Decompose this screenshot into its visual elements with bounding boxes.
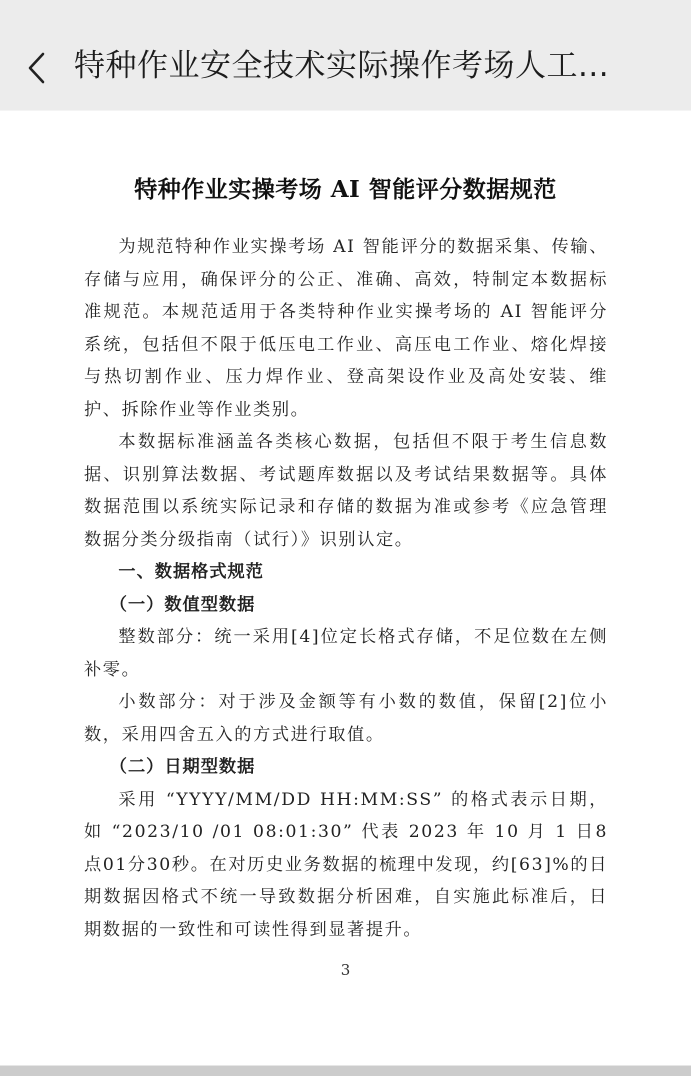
document-title-header: 特种作业安全技术实际操作考场人工...: [74, 46, 634, 86]
top-navigation-bar: 特种作业安全技术实际操作考场人工...: [0, 0, 691, 111]
decimal-paragraph: 小数部分：对于涉及金额等有小数的数值，保留[2]位小数，采用四舍五入的方式进行取…: [84, 686, 608, 751]
subsection-heading-date: （二）日期型数据: [84, 751, 608, 784]
date-paragraph: 采用 “YYYY/MM/DD HH:MM:SS” 的格式表示日期，如 “2023…: [84, 784, 608, 947]
chevron-left-icon: [25, 51, 47, 85]
scope-paragraph: 本数据标准涵盖各类核心数据，包括但不限于考生信息数据、识别算法数据、考试题库数据…: [84, 426, 608, 556]
document-heading: 特种作业实操考场 AI 智能评分数据规范: [0, 175, 691, 205]
page-number: 3: [0, 961, 691, 979]
subsection-heading-numeric: （一）数值型数据: [84, 589, 608, 622]
section-heading-data-format: 一、数据格式规范: [84, 556, 608, 589]
document-page[interactable]: 特种作业实操考场 AI 智能评分数据规范 为规范特种作业实操考场 AI 智能评分…: [0, 111, 691, 1065]
document-body: 为规范特种作业实操考场 AI 智能评分的数据采集、传输、存储与应用，确保评分的公…: [84, 231, 608, 946]
intro-paragraph: 为规范特种作业实操考场 AI 智能评分的数据采集、传输、存储与应用，确保评分的公…: [84, 231, 608, 426]
bottom-scrollbar[interactable]: [0, 1065, 691, 1076]
back-button[interactable]: [18, 48, 54, 88]
integer-paragraph: 整数部分：统一采用[4]位定长格式存储，不足位数在左侧补零。: [84, 621, 608, 686]
